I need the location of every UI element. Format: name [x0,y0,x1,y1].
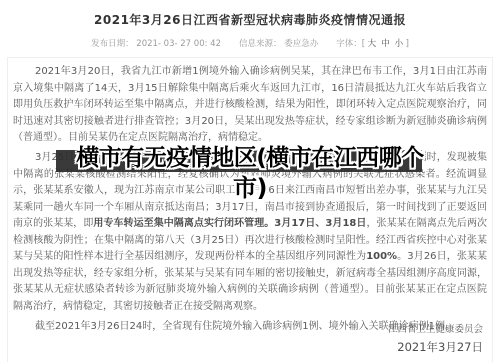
signature-date: 2021年3月27日 [388,339,483,355]
font-size-medium-link[interactable]: 中 [381,39,390,49]
font-size-large-link[interactable]: 大 [368,39,377,49]
watermark-line2: 市) [0,173,500,203]
font-size-small-link[interactable]: 小 [395,39,404,49]
paragraph: 2021年3月20日，我省九江市新增1例境外输入确诊病例吴某，其在津巴布韦工作，… [13,64,487,147]
publish-date: 发布日期： 2021- 03- 27 00: 42 [91,37,221,49]
signature-block: 江西省卫生健康委员会 2021年3月27日 [388,321,483,355]
meta-line: 发布日期： 2021- 03- 27 00: 42信息来源： 委应急办字体：[大… [0,37,500,49]
signature-org: 江西省卫生健康委员会 [388,321,483,335]
notice-page: 2021年3月26日江西省新型冠状病毒肺炎疫情情况通报 发布日期： 2021- … [0,0,500,362]
page-title: 2021年3月26日江西省新型冠状病毒肺炎疫情情况通报 [0,11,500,28]
watermark-line1: 横市有无疫情地区(横市在江西哪个 [0,143,500,173]
font-size-switcher: 字体：[大中小] [336,37,409,49]
watermark-headline: 横市有无疫情地区(横市在江西哪个 市) [0,143,500,203]
info-source: 信息来源： 委应急办 [239,37,318,49]
